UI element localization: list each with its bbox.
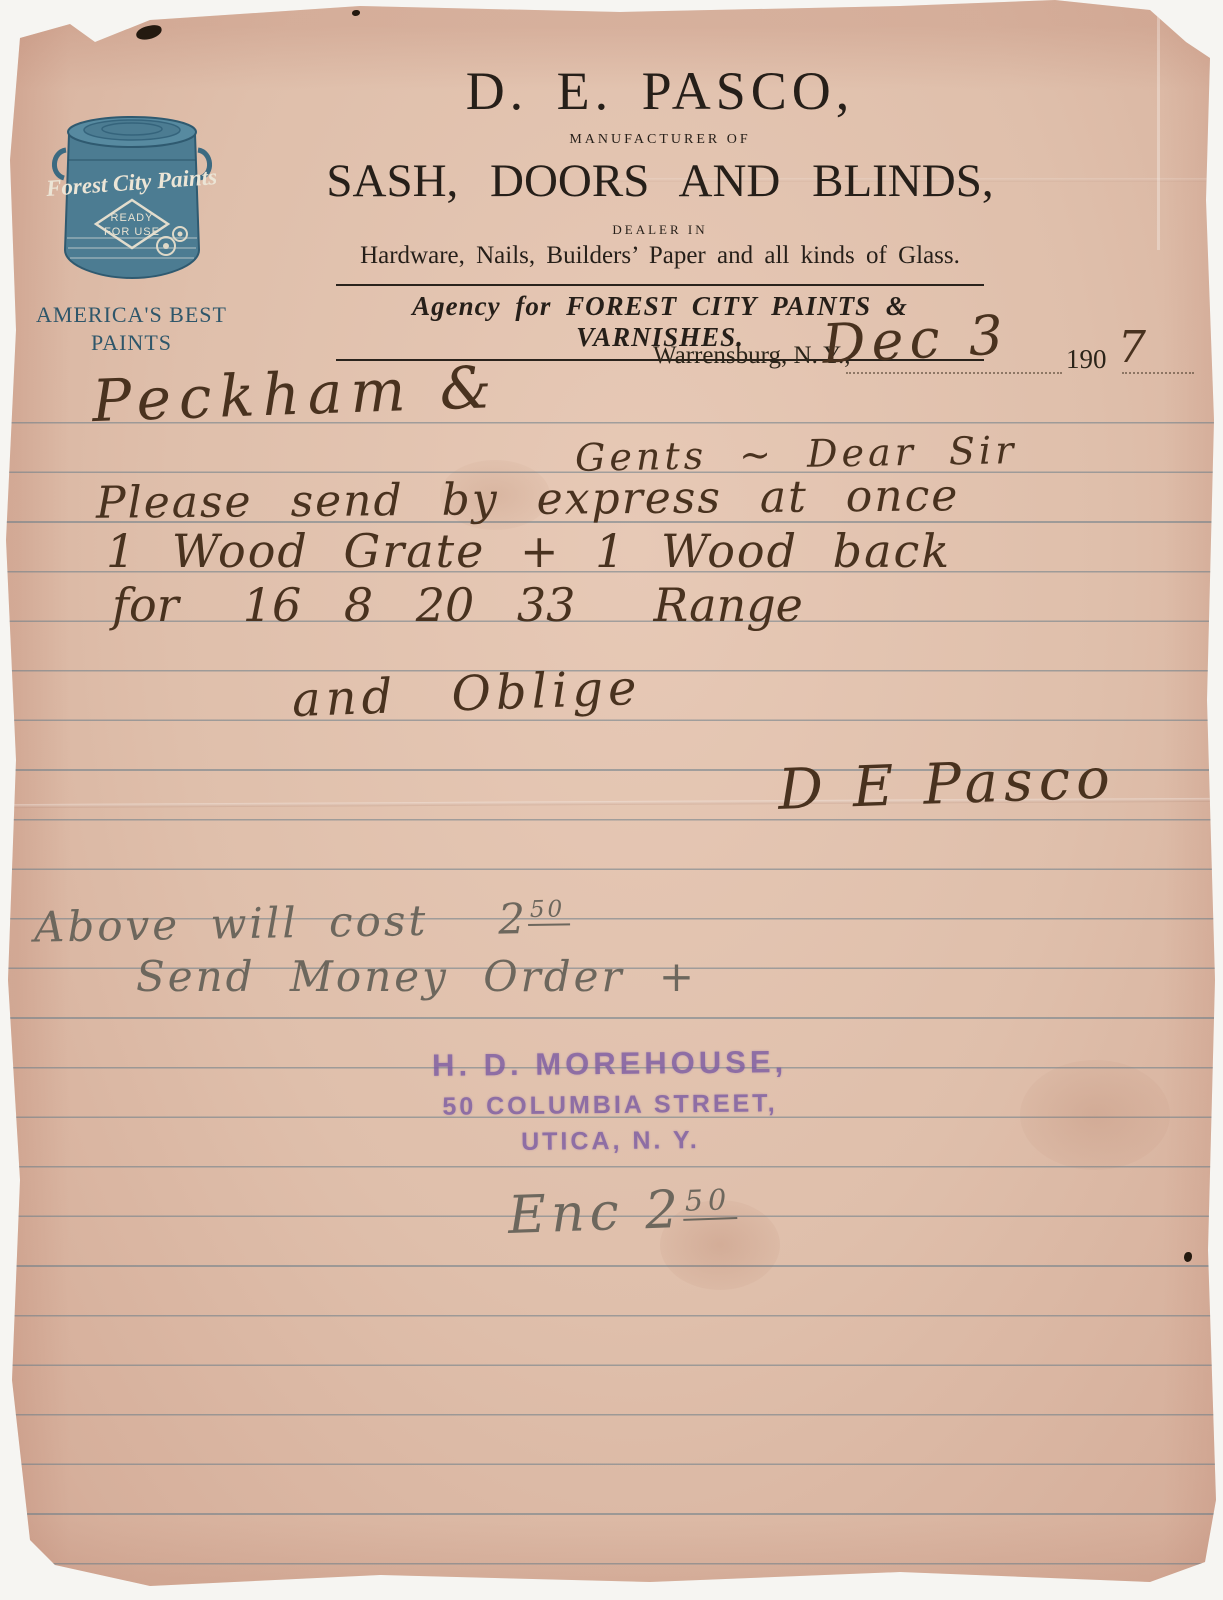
stamp-street: 50 COLUMBIA STREET, (360, 1088, 860, 1122)
manufacturer-of: MANUFACTURER OF (300, 132, 1020, 148)
body-line-2: 1 Wood Grate + 1 Wood back (106, 524, 951, 578)
fold-crease (1157, 0, 1160, 250)
enc-cents: 50 (682, 1182, 737, 1221)
paint-can-icon: Forest City Paints READY FOR USE (42, 88, 222, 290)
cost-text: Above will cost (34, 896, 429, 952)
year-prefix: 190 (1066, 344, 1107, 375)
can-ready-text: READY (110, 212, 153, 224)
morehouse-stamp: H. D. MOREHOUSE, 50 COLUMBIA STREET, UTI… (359, 1043, 860, 1158)
can-for-use-text: FOR USE (104, 226, 160, 238)
ink-blot (135, 23, 163, 41)
dealer-in: DEALER IN (300, 222, 1020, 238)
enc-text: Enc 2 (507, 1180, 684, 1246)
cost-note: Above will cost250 (34, 893, 571, 951)
handwritten-date: Dec 3 (820, 303, 1010, 376)
products-line: SASH, DOORS AND BLINDS, (300, 154, 1020, 208)
dealer-items: Hardware, Nails, Builders’ Paper and all… (300, 242, 1020, 270)
forest-city-paints-logo: Forest City Paints READY FOR USE AMERICA… (24, 88, 239, 356)
money-order-note: Send Money Order + (136, 952, 697, 1001)
addressee-line: Peckham & (91, 353, 501, 435)
scanned-letter-1907: Forest City Paints READY FOR USE AMERICA… (0, 0, 1223, 1600)
item-word: Range (653, 578, 802, 632)
stamp-city: UTICA, N. Y. (360, 1124, 860, 1158)
ink-speck (352, 10, 360, 16)
city-line: Warrensburg, N. Y., (653, 342, 851, 370)
cost-dollars: 2 (498, 894, 529, 944)
handwritten-year-digit: 7 (1118, 322, 1146, 373)
tagline-line1: AMERICA'S BEST (24, 301, 239, 329)
stamp-name: H. D. MOREHOUSE, (359, 1043, 859, 1084)
logo-tagline: AMERICA'S BEST PAINTS (24, 301, 239, 356)
signature: D E Pasco (777, 746, 1117, 823)
body-line-1: Please send by express at once (96, 470, 960, 529)
cost-cents: 50 (528, 896, 571, 926)
enclosure-note: Enc 250 (507, 1178, 738, 1246)
body-line-3: for16 8 20 33Range (112, 578, 803, 632)
tagline-line2: PAINTS (24, 329, 239, 357)
age-stain (1020, 1060, 1170, 1170)
company-name: D. E. PASCO, (300, 60, 1020, 122)
for-word: for (112, 578, 179, 632)
paper-sheet: Forest City Paints READY FOR USE AMERICA… (0, 0, 1223, 1600)
size-numbers: 16 8 20 33 (243, 578, 576, 632)
